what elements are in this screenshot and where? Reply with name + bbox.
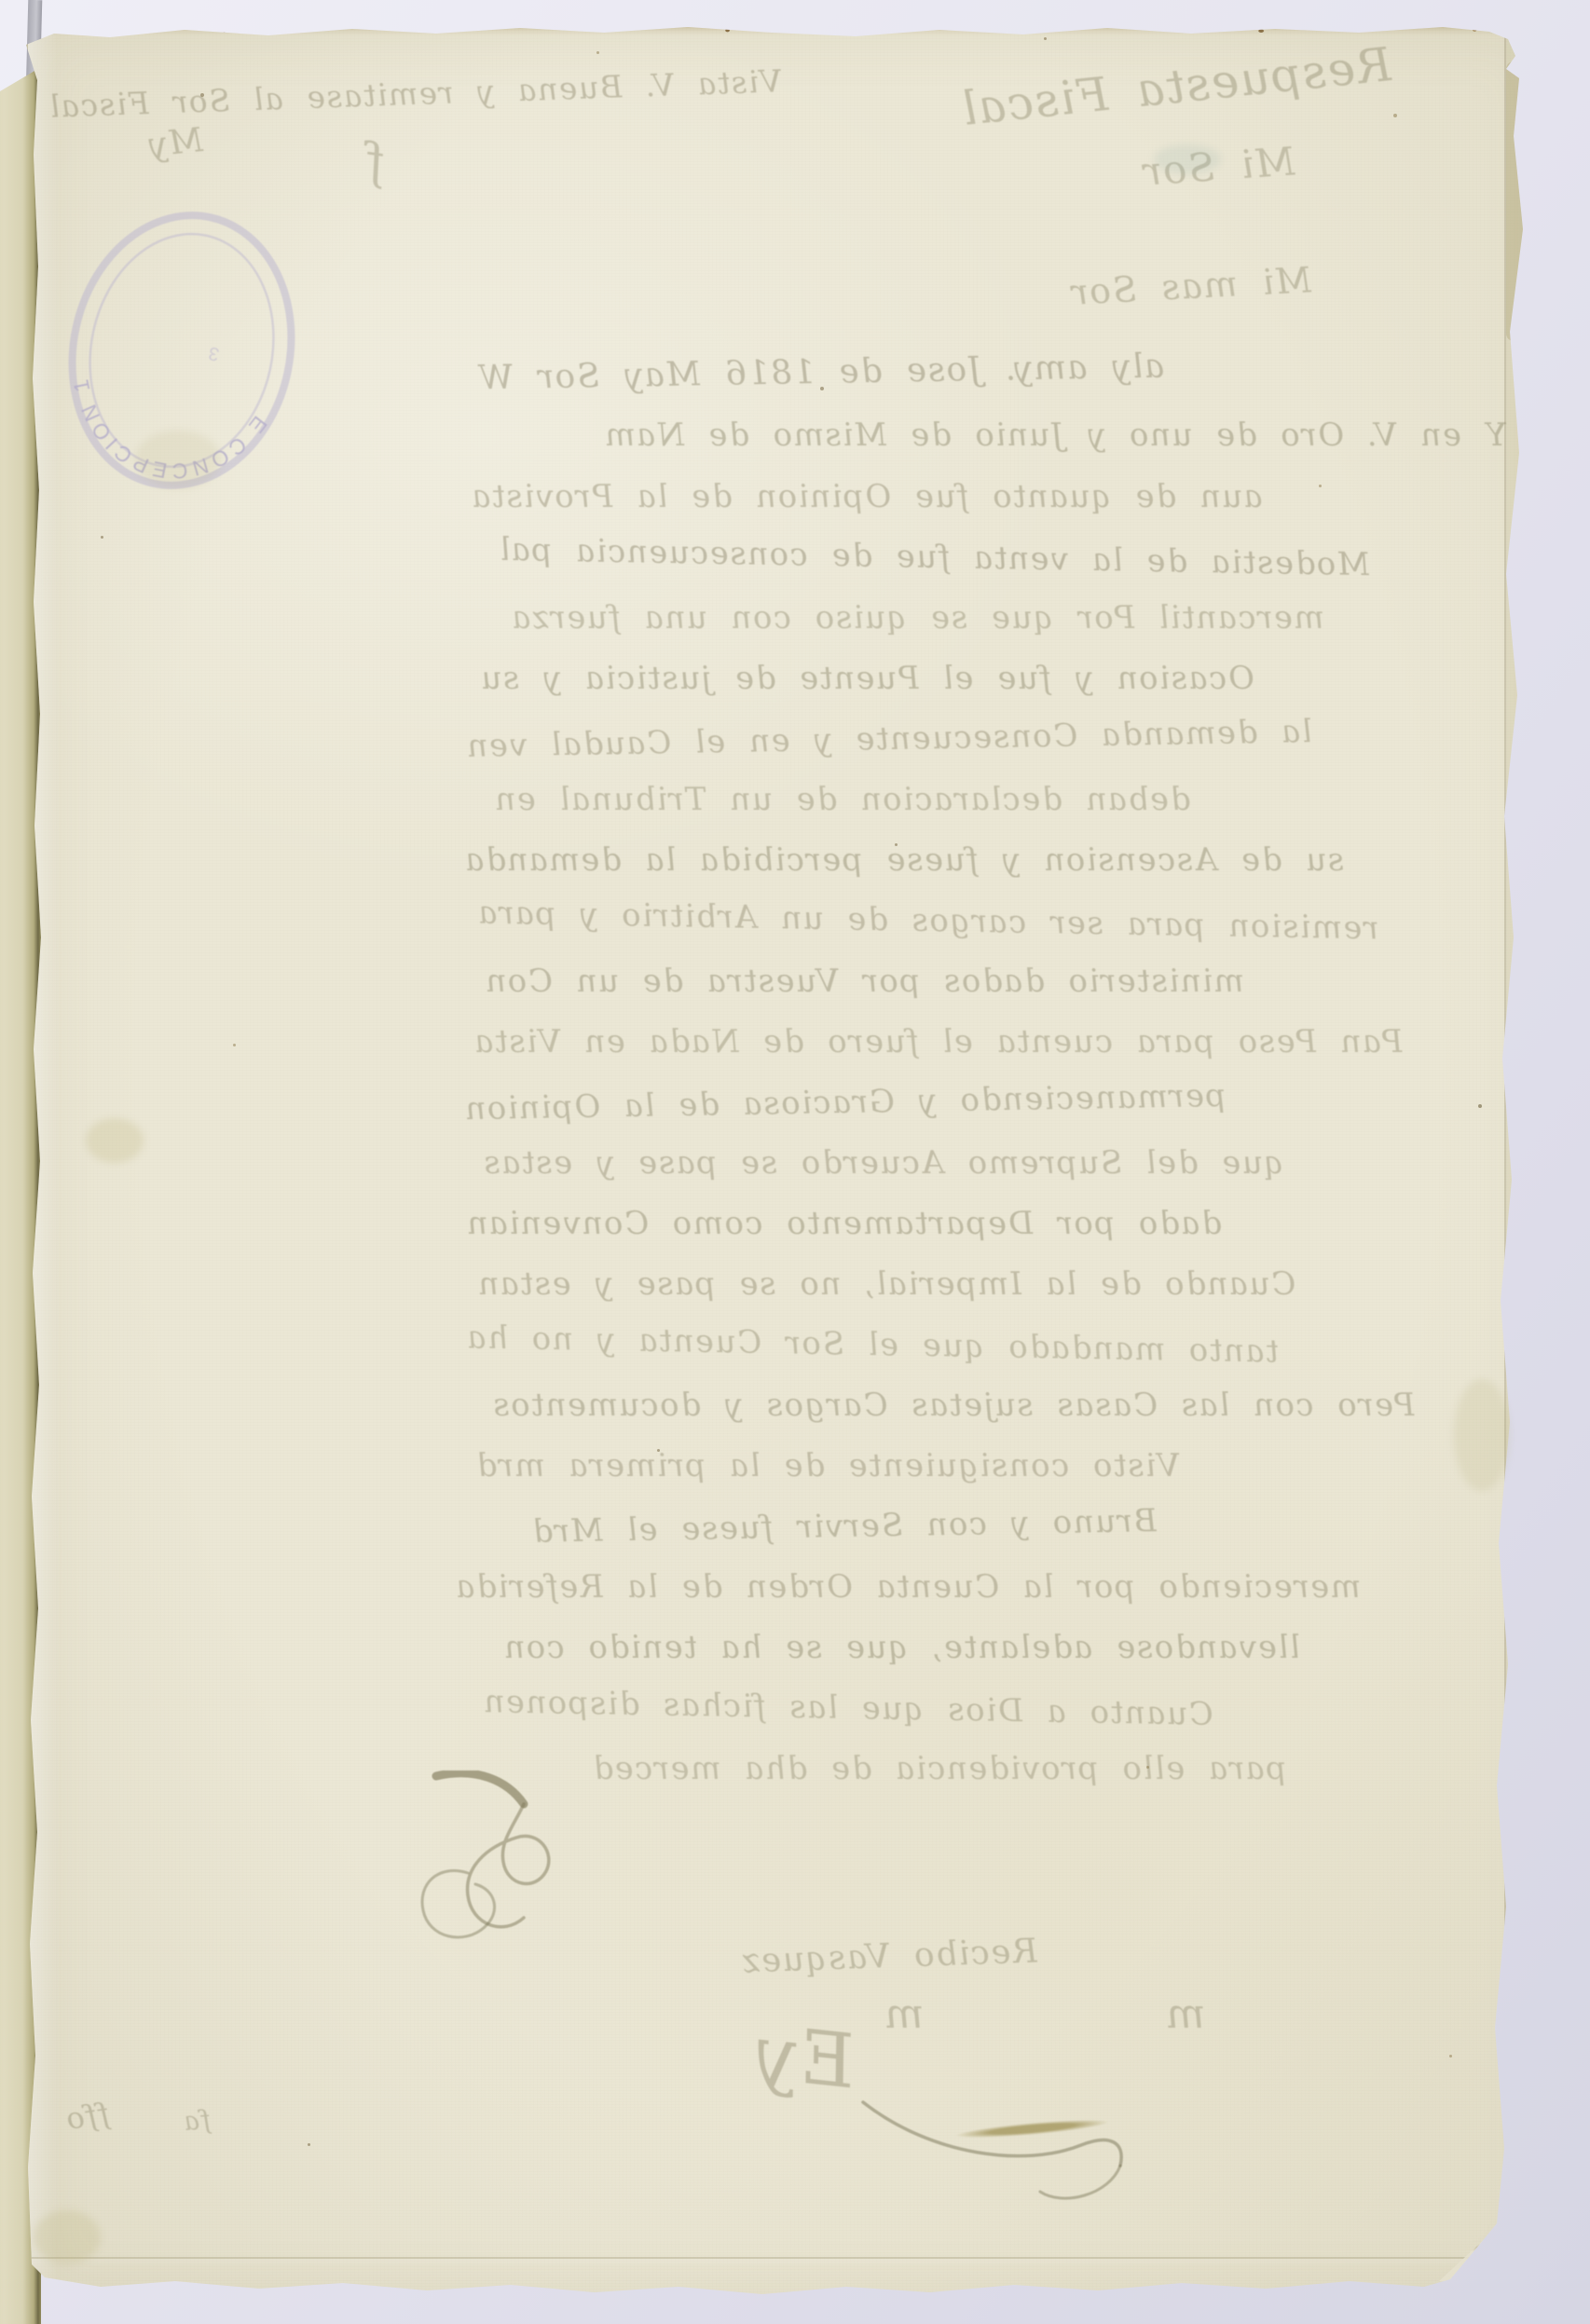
marginalia-note: Vista V. Buena y remitase al Sor Fiscal bbox=[48, 65, 783, 121]
signature-line: m bbox=[1165, 1994, 1205, 2035]
signature-flourish: Ey bbox=[751, 2016, 857, 2100]
signature-descender-stroke bbox=[857, 2087, 1165, 2227]
foxing-speck bbox=[233, 1044, 236, 1046]
foxing-speck bbox=[895, 843, 898, 846]
corner-mark: ffo bbox=[63, 2098, 111, 2134]
body-line: Modestia de la venta fue de consecuencia… bbox=[499, 534, 1370, 581]
body-line: Pero con las Casas sujetas Cargos y docu… bbox=[492, 1389, 1415, 1421]
body-line: Visto consiguiente de la primera mrd bbox=[475, 1450, 1180, 1482]
signature-line: Recibo Vasquez bbox=[740, 1934, 1037, 1978]
body-line: Ocasion y fue el Puente de justicia y su bbox=[480, 663, 1254, 694]
body-line: que del Supremo Acuerdo se pase y estas bbox=[483, 1147, 1284, 1179]
scanned-manuscript-page: DE CONCEPCION 18 3 Vista V. Buena y remi… bbox=[0, 0, 1590, 2324]
body-line: ministerio dados por Vuestra de un Con bbox=[485, 965, 1244, 997]
body-line: tanto mandado que el Sor Cuenta y no ha bbox=[466, 1321, 1279, 1367]
foxing-speck bbox=[101, 536, 103, 539]
body-line: deban declaracion de un Tribunal en bbox=[494, 784, 1190, 815]
body-line: su de Ascension y fuese percibida la dem… bbox=[464, 844, 1344, 876]
foxing-speck bbox=[1044, 37, 1047, 40]
rubric-flourish bbox=[410, 1770, 624, 1975]
foxing-speck bbox=[200, 93, 204, 97]
body-line: dado por Departamento como Convenian bbox=[466, 1208, 1222, 1239]
corner-mark: fa bbox=[182, 2107, 212, 2135]
paper-stain bbox=[1454, 1379, 1510, 1491]
body-line: mercantil Por que se quiso con una fuerz… bbox=[511, 602, 1324, 634]
signature-line: m bbox=[884, 1994, 924, 2035]
salutation-line: Mi mas Sor bbox=[1069, 262, 1312, 310]
foxing-speck bbox=[820, 387, 824, 390]
foxing-speck bbox=[657, 1449, 660, 1452]
bleedthrough-ink-layer: Vista V. Buena y remitase al Sor FiscalM… bbox=[0, 0, 1590, 2324]
foxing-speck bbox=[1319, 485, 1322, 487]
body-line: para ello providencia de dha merced bbox=[592, 1753, 1286, 1784]
body-line: aun de quanto fue Opinion de la Provista bbox=[471, 481, 1263, 513]
body-line: mereciendo por la Cuenta Orden de la Ref… bbox=[455, 1571, 1361, 1603]
body-line: Y en V. Oro de uno y Junio de Mismo de N… bbox=[604, 419, 1506, 451]
body-line: remision para ser cargos de un Arbitrio … bbox=[477, 897, 1379, 945]
foxing-speck bbox=[1478, 1104, 1482, 1108]
paper-stain bbox=[1154, 144, 1221, 174]
marginalia-note: My bbox=[145, 124, 205, 163]
foxing-speck bbox=[596, 51, 599, 54]
paper-stain bbox=[135, 431, 221, 488]
marginalia-flourish: f bbox=[362, 137, 388, 187]
body-line: llevandose adelante, que se ha tenido co… bbox=[503, 1632, 1300, 1663]
body-line: permaneciendo y Graciosa de la Opinion bbox=[464, 1080, 1227, 1125]
body-line: Pan Peso para cuenta el fuero de Nada en… bbox=[473, 1026, 1403, 1058]
header-docket: Respuesta Fiscal bbox=[959, 41, 1394, 132]
paper-stain bbox=[86, 1118, 144, 1163]
body-line: la demanda Consecuente y en el Caudal ve… bbox=[466, 716, 1312, 762]
foxing-speck bbox=[308, 2143, 310, 2146]
body-line: Bruno y con Servir fuese el Mrd bbox=[531, 1505, 1158, 1548]
foxing-speck bbox=[1393, 114, 1397, 117]
foxing-speck bbox=[1146, 1766, 1149, 1769]
body-line: Cuando de la Imperial, no se pase y esta… bbox=[477, 1268, 1295, 1300]
foxing-speck bbox=[1449, 2055, 1452, 2057]
paper-stain bbox=[34, 2210, 101, 2264]
body-line: Cuanto a Dios que las fichas disponen bbox=[483, 1686, 1213, 1730]
